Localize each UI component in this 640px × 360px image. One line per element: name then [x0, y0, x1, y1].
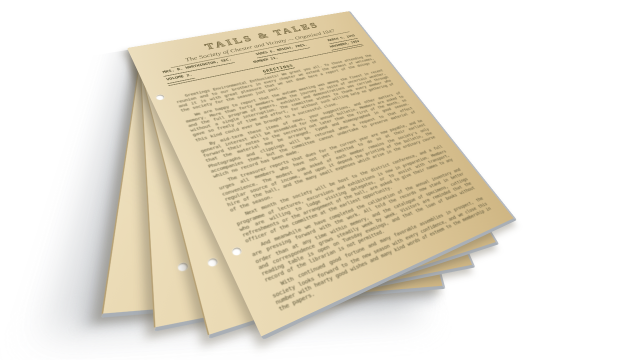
document-stack-scene: TAILS & TALES The Society of Chester and… [0, 0, 640, 360]
punch-hole [207, 257, 218, 267]
punch-hole [178, 262, 189, 272]
